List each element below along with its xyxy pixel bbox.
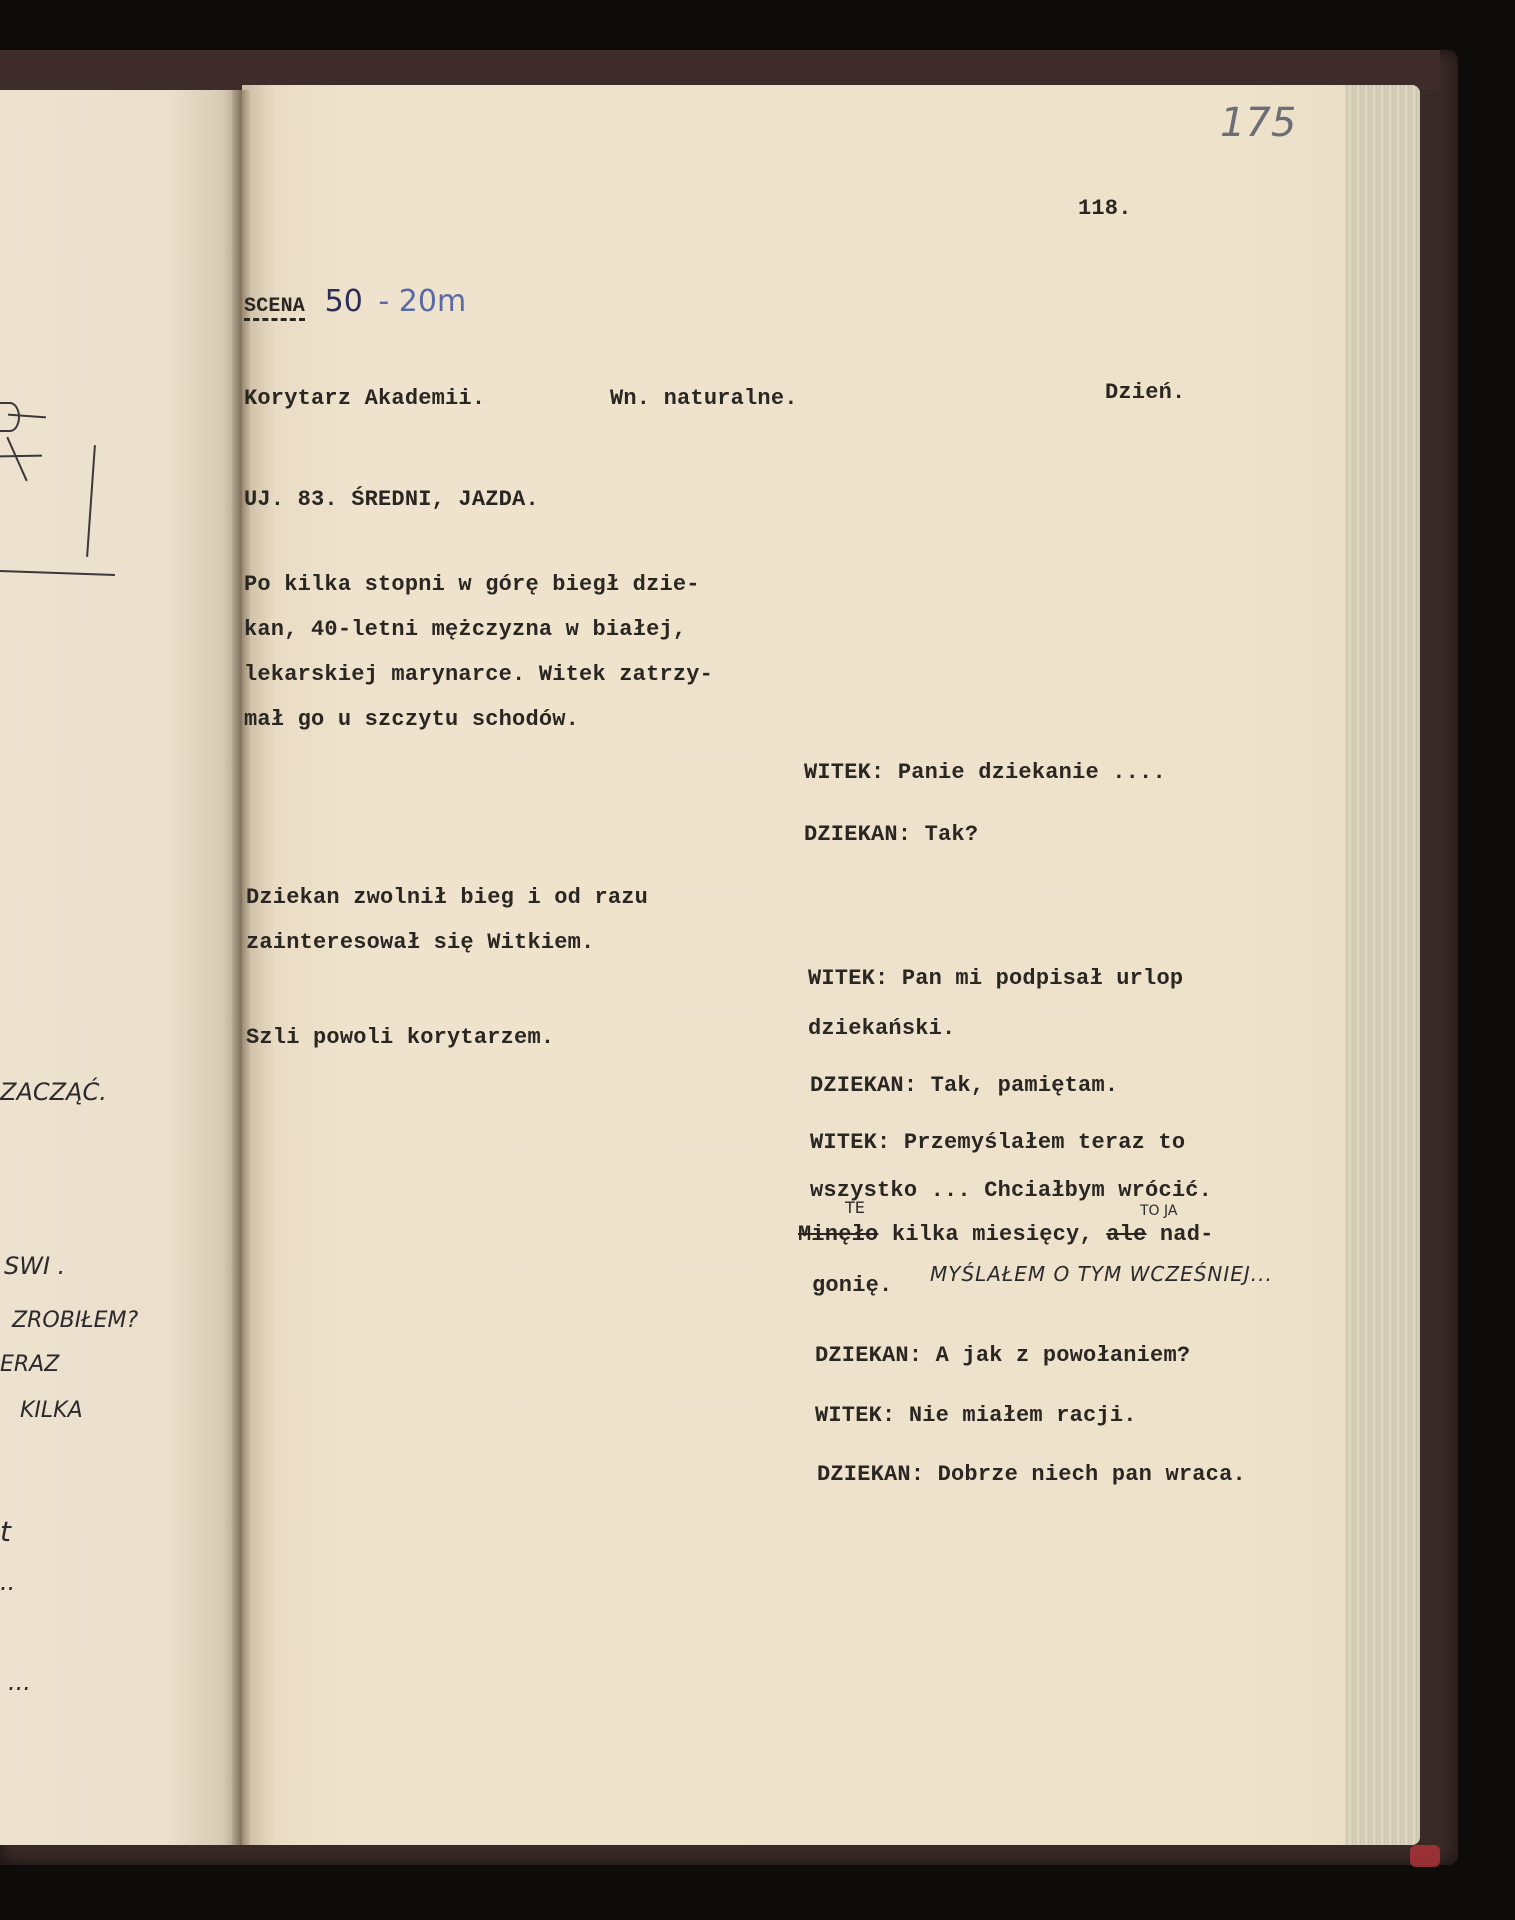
sketch-line	[86, 445, 96, 557]
sketch-figure-icon	[0, 402, 20, 432]
dialogue-line: DZIEKAN: Tak, pamiętam.	[810, 1073, 1118, 1098]
sketch-line	[6, 437, 27, 482]
handwritten-note: ERAZ	[0, 1352, 59, 1377]
right-page	[242, 85, 1350, 1845]
handwritten-insertion: TE	[845, 1198, 865, 1217]
edited-dialogue-line: Minęło kilka miesięcy, ale nad-	[798, 1222, 1214, 1247]
action-line: zainteresował się Witkiem.	[246, 930, 594, 955]
dialogue-line: gonię.	[812, 1273, 892, 1298]
lighting: Wn. naturalne.	[610, 386, 798, 411]
handwritten-note: KILKA	[20, 1398, 83, 1423]
book-spine	[232, 90, 250, 1845]
scene-number: 50	[325, 284, 363, 319]
action-line: lekarskiej marynarce. Witek zatrzy-	[244, 662, 713, 687]
page-edges	[1345, 85, 1420, 1845]
action-line: Dziekan zwolnił bieg i od razu	[246, 885, 648, 910]
handwritten-note: SWI .	[4, 1252, 65, 1280]
scene-heading: SCENA 50 - 20m	[244, 284, 466, 319]
action-line: Po kilka stopni w górę biegł dzie-	[244, 572, 700, 597]
dialogue-line: WITEK: Pan mi podpisał urlop	[808, 966, 1183, 991]
dialogue-line: DZIEKAN: Dobrze niech pan wraca.	[817, 1462, 1246, 1487]
action-line: Szli powoli korytarzem.	[246, 1025, 554, 1050]
archive-page-number: 175	[1220, 100, 1296, 146]
typed-page-number: 118.	[1078, 196, 1132, 221]
dialogue-line: WITEK: Przemyślałem teraz to	[810, 1130, 1185, 1155]
cover-corner-wear	[1410, 1845, 1440, 1867]
dialogue-line: wszystko ... Chciałbym wrócić.	[810, 1178, 1212, 1203]
dialogue-text: kilka miesięcy,	[878, 1222, 1106, 1247]
left-page: ZACZĄĆ. SWI . ZROBIŁEM? ERAZ KILKA t .. …	[0, 90, 242, 1845]
dialogue-line: WITEK: Nie miałem racji.	[815, 1403, 1137, 1428]
dialogue-line: WITEK: Panie dziekanie ....	[804, 760, 1166, 785]
dialogue-line: dziekański.	[808, 1016, 955, 1041]
scene-label: SCENA	[244, 295, 305, 321]
location: Korytarz Akademii.	[244, 386, 485, 411]
time-of-day: Dzień.	[1105, 380, 1185, 405]
dialogue-line: DZIEKAN: A jak z powołaniem?	[815, 1343, 1190, 1368]
handwritten-note: ZROBIŁEM?	[12, 1308, 138, 1333]
dialogue-text: nad-	[1146, 1222, 1213, 1247]
struck-word: Minęło	[798, 1222, 878, 1247]
struck-word: ale	[1106, 1222, 1146, 1247]
action-line: kan, 40-letni mężczyzna w białej,	[244, 617, 686, 642]
handwritten-note: ZACZĄĆ.	[0, 1078, 107, 1106]
book-cover-top	[0, 50, 1440, 90]
sketch-line	[0, 570, 115, 576]
handwritten-insertion: TO JA	[1140, 1203, 1177, 1219]
handwritten-note: ..	[0, 1568, 15, 1596]
handwritten-note: ...	[8, 1668, 31, 1696]
action-line: mał go u szczytu schodów.	[244, 707, 579, 732]
shot-description: UJ. 83. ŚREDNI, JAZDA.	[244, 487, 539, 512]
scene-duration-note: - 20m	[378, 284, 466, 319]
sketch-line	[0, 455, 42, 458]
handwritten-addition: MYŚLAŁEM O TYM WCZEŚNIEJ...	[930, 1262, 1273, 1286]
dialogue-line: DZIEKAN: Tak?	[804, 822, 978, 847]
handwritten-note: t	[0, 1515, 11, 1548]
